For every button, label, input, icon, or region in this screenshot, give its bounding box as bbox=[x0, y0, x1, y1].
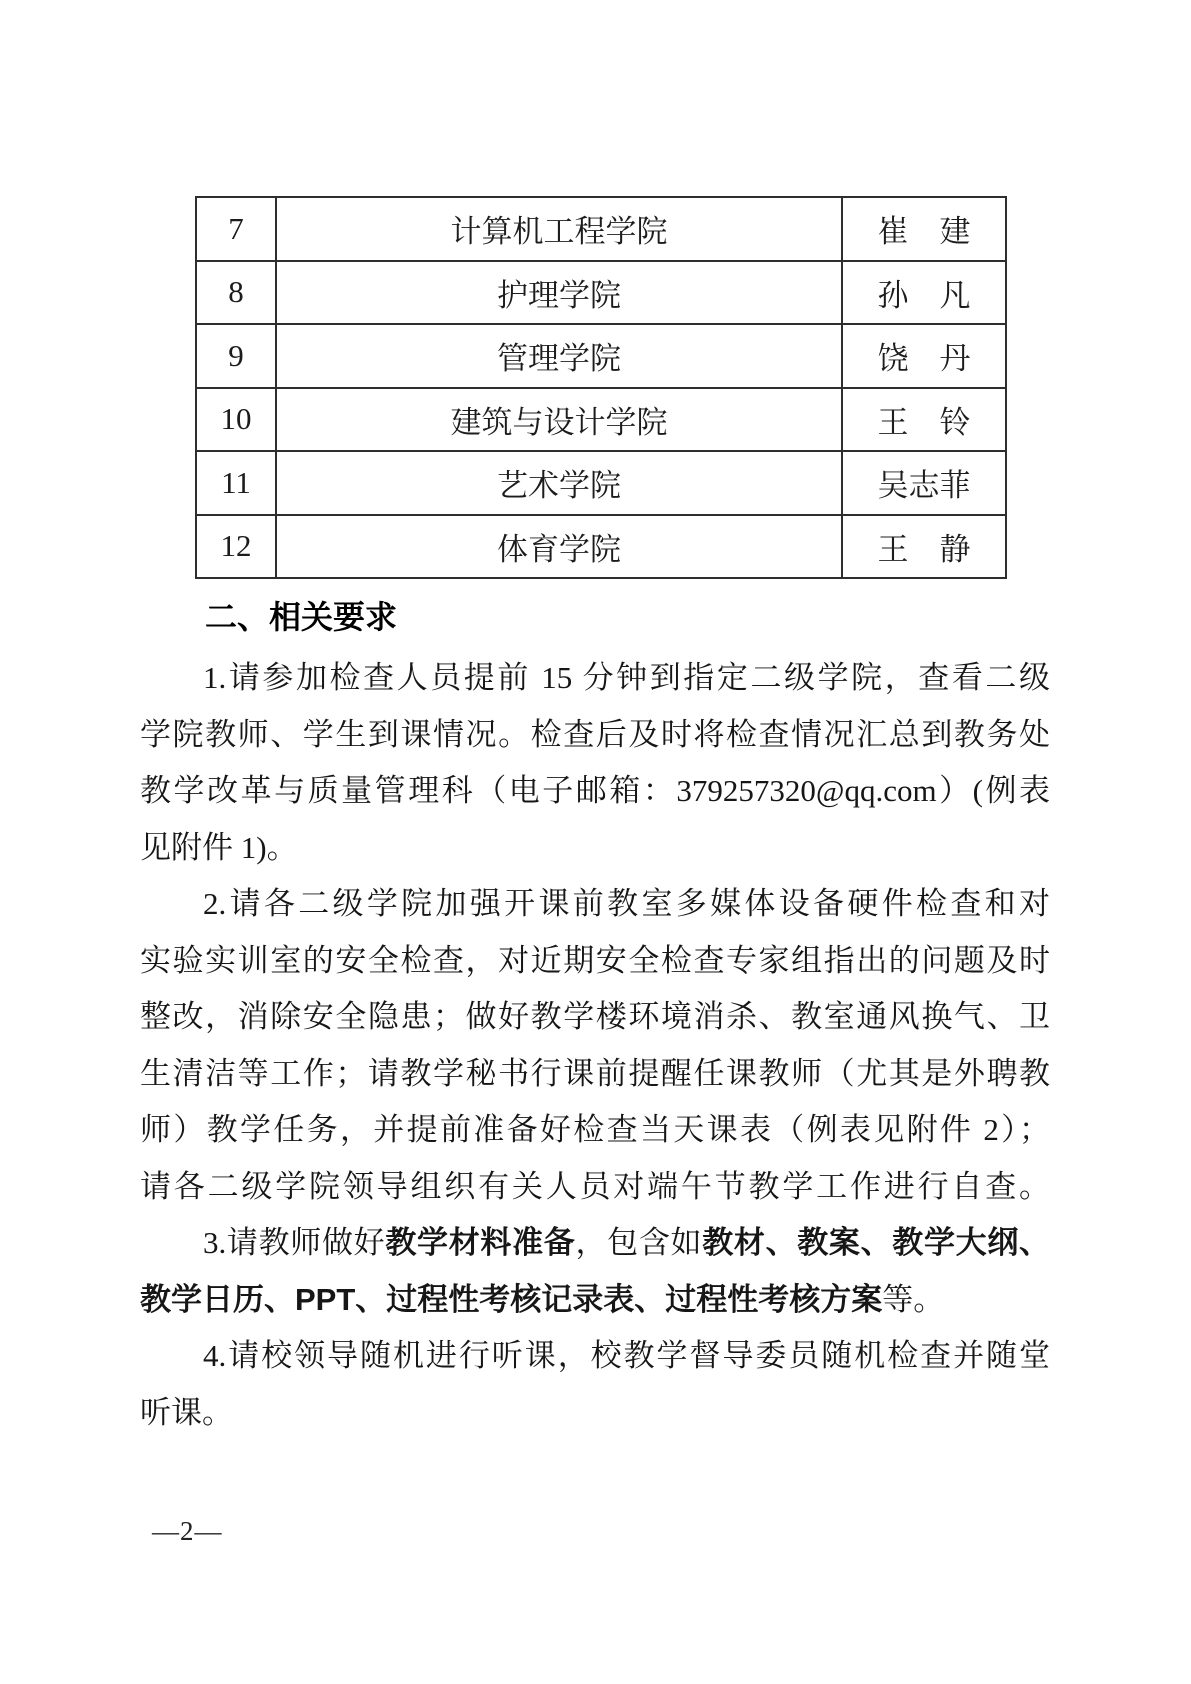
cell-leader: 王 静 bbox=[842, 515, 1006, 579]
text-line: 4.请校领导随机进行听课，校教学督导委员随机检查并随堂 bbox=[140, 1328, 1050, 1385]
cell-number: 10 bbox=[196, 388, 276, 452]
text-line: 实验实训室的安全检查，对近期安全检查专家组指出的问题及时 bbox=[140, 933, 1050, 990]
text-line: 师）教学任务，并提前准备好检查当天课表（例表见附件 2）； bbox=[140, 1102, 1050, 1159]
text-line: 2.请各二级学院加强开课前教室多媒体设备硬件检查和对 bbox=[140, 876, 1050, 933]
text-segment: ，包含如 bbox=[575, 1225, 702, 1260]
cell-college: 管理学院 bbox=[276, 324, 842, 388]
table-row: 10 建筑与设计学院 王 铃 bbox=[196, 388, 1006, 452]
cell-college: 计算机工程学院 bbox=[276, 197, 842, 261]
cell-leader: 吴志菲 bbox=[842, 451, 1006, 515]
college-roster-table: 7 计算机工程学院 崔 建 8 护理学院 孙 凡 9 管理学院 饶 丹 10 建… bbox=[195, 196, 1007, 579]
cell-college: 艺术学院 bbox=[276, 451, 842, 515]
paragraph-1: 1.请参加检查人员提前 15 分钟到指定二级学院，查看二级 学院教师、学生到课情… bbox=[140, 650, 1050, 876]
table-row: 7 计算机工程学院 崔 建 bbox=[196, 197, 1006, 261]
paragraph-3: 3.请教师做好教学材料准备，包含如教材、教案、教学大纲、 教学日历、PPT、过程… bbox=[140, 1215, 1050, 1328]
text-line: 整改，消除安全隐患；做好教学楼环境消杀、教室通风换气、卫 bbox=[140, 989, 1050, 1046]
text-line: 教学日历、PPT、过程性考核记录表、过程性考核方案等。 bbox=[140, 1272, 1050, 1329]
cell-number: 12 bbox=[196, 515, 276, 579]
text-segment-bold: 教学日历、PPT、过程性考核记录表、过程性考核方案 bbox=[140, 1282, 882, 1317]
text-line: 请各二级学院领导组织有关人员对端午节教学工作进行自查。 bbox=[140, 1159, 1050, 1216]
document-page: 7 计算机工程学院 崔 建 8 护理学院 孙 凡 9 管理学院 饶 丹 10 建… bbox=[0, 0, 1191, 1684]
cell-leader: 王 铃 bbox=[842, 388, 1006, 452]
cell-college: 体育学院 bbox=[276, 515, 842, 579]
text-line: 生清洁等工作；请教学秘书行课前提醒任课教师（尤其是外聘教 bbox=[140, 1046, 1050, 1103]
paragraph-2: 2.请各二级学院加强开课前教室多媒体设备硬件检查和对 实验实训室的安全检查，对近… bbox=[140, 876, 1050, 1215]
document-body: 二、相关要求 1.请参加检查人员提前 15 分钟到指定二级学院，查看二级 学院教… bbox=[140, 577, 1050, 1441]
text-segment: 等。 bbox=[882, 1282, 944, 1317]
text-line: 1.请参加检查人员提前 15 分钟到指定二级学院，查看二级 bbox=[140, 650, 1050, 707]
cell-leader: 崔 建 bbox=[842, 197, 1006, 261]
text-segment-bold: 教学材料准备 bbox=[385, 1225, 575, 1260]
table-row: 9 管理学院 饶 丹 bbox=[196, 324, 1006, 388]
table-row: 11 艺术学院 吴志菲 bbox=[196, 451, 1006, 515]
text-line: 见附件 1)。 bbox=[140, 820, 1050, 877]
text-line: 3.请教师做好教学材料准备，包含如教材、教案、教学大纲、 bbox=[140, 1215, 1050, 1272]
text-line: 学院教师、学生到课情况。检查后及时将检查情况汇总到教务处 bbox=[140, 707, 1050, 764]
table-row: 8 护理学院 孙 凡 bbox=[196, 261, 1006, 325]
cell-number: 9 bbox=[196, 324, 276, 388]
text-line: 教学改革与质量管理科（电子邮箱：379257320@qq.com）(例表 bbox=[140, 763, 1050, 820]
cell-number: 7 bbox=[196, 197, 276, 261]
cell-leader: 饶 丹 bbox=[842, 324, 1006, 388]
section-heading: 二、相关要求 bbox=[140, 596, 1050, 638]
table-row: 12 体育学院 王 静 bbox=[196, 515, 1006, 579]
cell-leader: 孙 凡 bbox=[842, 261, 1006, 325]
paragraph-4: 4.请校领导随机进行听课，校教学督导委员随机检查并随堂 听课。 bbox=[140, 1328, 1050, 1441]
text-segment: 3.请教师做好 bbox=[203, 1225, 385, 1260]
page-number: —2— bbox=[152, 1514, 223, 1548]
cell-college: 建筑与设计学院 bbox=[276, 388, 842, 452]
cell-number: 11 bbox=[196, 451, 276, 515]
text-segment-bold: 教材、教案、教学大纲、 bbox=[702, 1225, 1050, 1260]
cell-number: 8 bbox=[196, 261, 276, 325]
cell-college: 护理学院 bbox=[276, 261, 842, 325]
text-line: 听课。 bbox=[140, 1385, 1050, 1442]
